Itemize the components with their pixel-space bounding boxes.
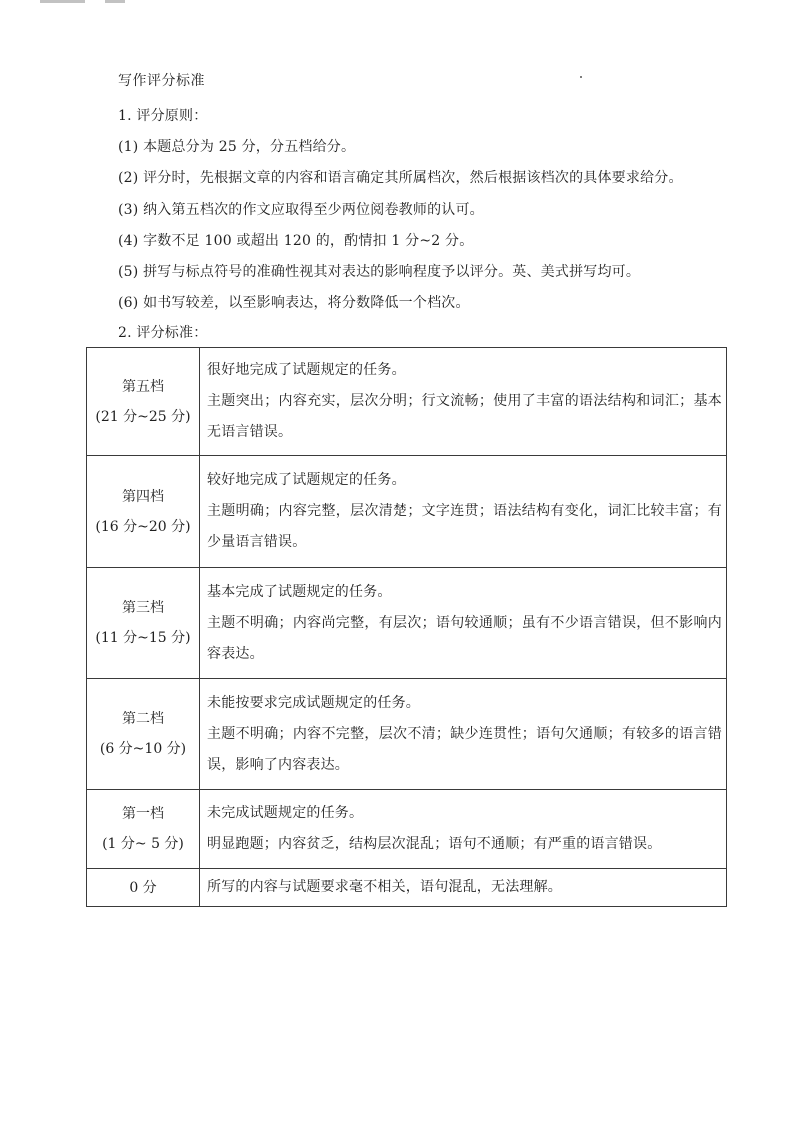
description-summary: 未完成试题规定的任务。 xyxy=(207,798,722,829)
band-label: 第一档 xyxy=(87,799,199,829)
principle-item-5: (5) 拼写与标点符号的准确性视其对表达的影响程度予以评分。英、美式拼写均可。 xyxy=(118,261,640,281)
band-label: 第四档 xyxy=(87,482,199,512)
band-cell: 第三档 (11 分~15 分) xyxy=(87,568,200,679)
band-cell: 第一档 (1 分~ 5 分) xyxy=(87,790,200,869)
table-row: 第五档 (21 分~25 分) 很好地完成了试题规定的任务。 主题突出；内容充实… xyxy=(87,348,727,456)
band-range: (6 分~10 分) xyxy=(87,734,199,764)
description-detail: 主题不明确；内容不完整，层次不清；缺少连贯性；语句欠通顺；有较多的语言错误，影响… xyxy=(207,719,722,781)
description-detail: 明显跑题；内容贫乏，结构层次混乱；语句不通顺；有严重的语言错误。 xyxy=(207,829,722,860)
band-label: 0 分 xyxy=(87,873,199,903)
band-cell: 第五档 (21 分~25 分) xyxy=(87,348,200,456)
table-row: 第四档 (16 分~20 分) 较好地完成了试题规定的任务。 主题明确；内容完整… xyxy=(87,456,727,568)
section1-heading: 1. 评分原则： xyxy=(118,105,207,125)
description-detail: 主题不明确；内容尚完整，有层次；语句较通顺；虽有不少语言错误，但不影响内容表达。 xyxy=(207,608,722,670)
table-row: 第三档 (11 分~15 分) 基本完成了试题规定的任务。 主题不明确；内容尚完… xyxy=(87,568,727,679)
band-cell: 0 分 xyxy=(87,869,200,907)
band-label: 第二档 xyxy=(87,704,199,734)
band-range: (16 分~20 分) xyxy=(87,512,199,542)
description-cell: 所写的内容与试题要求毫不相关，语句混乱，无法理解。 xyxy=(200,869,727,907)
description-summary: 所写的内容与试题要求毫不相关，语句混乱，无法理解。 xyxy=(207,872,722,903)
principle-item-3: (3) 纳入第五档次的作文应取得至少两位阅卷教师的认可。 xyxy=(118,199,484,219)
section2-heading: 2. 评分标准： xyxy=(118,322,207,342)
description-cell: 基本完成了试题规定的任务。 主题不明确；内容尚完整，有层次；语句较通顺；虽有不少… xyxy=(200,568,727,679)
table-row: 第一档 (1 分~ 5 分) 未完成试题规定的任务。 明显跑题；内容贫乏，结构层… xyxy=(87,790,727,869)
document-title: 写作评分标准 xyxy=(118,70,205,90)
description-summary: 很好地完成了试题规定的任务。 xyxy=(207,355,722,386)
table-row: 第二档 (6 分~10 分) 未能按要求完成试题规定的任务。 主题不明确；内容不… xyxy=(87,679,727,790)
band-cell: 第二档 (6 分~10 分) xyxy=(87,679,200,790)
description-cell: 很好地完成了试题规定的任务。 主题突出；内容充实，层次分明；行文流畅；使用了丰富… xyxy=(200,348,727,456)
description-cell: 较好地完成了试题规定的任务。 主题明确；内容完整，层次清楚；文字连贯；语法结构有… xyxy=(200,456,727,568)
description-detail: 主题突出；内容充实，层次分明；行文流畅；使用了丰富的语法结构和词汇；基本无语言错… xyxy=(207,386,722,448)
description-cell: 未完成试题规定的任务。 明显跑题；内容贫乏，结构层次混乱；语句不通顺；有严重的语… xyxy=(200,790,727,869)
scan-speck xyxy=(580,76,582,78)
scan-artifact xyxy=(105,0,125,3)
description-summary: 较好地完成了试题规定的任务。 xyxy=(207,465,722,496)
description-summary: 未能按要求完成试题规定的任务。 xyxy=(207,688,722,719)
band-range: (11 分~15 分) xyxy=(87,623,199,653)
band-range: (21 分~25 分) xyxy=(87,402,199,432)
principle-item-4: (4) 字数不足 100 或超出 120 的，酌情扣 1 分~2 分。 xyxy=(118,230,473,250)
description-summary: 基本完成了试题规定的任务。 xyxy=(207,577,722,608)
band-label: 第五档 xyxy=(87,372,199,402)
scan-artifact xyxy=(40,0,85,3)
table-row: 0 分 所写的内容与试题要求毫不相关，语句混乱，无法理解。 xyxy=(87,869,727,907)
principle-item-1: (1) 本题总分为 25 分，分五档给分。 xyxy=(118,136,355,156)
principle-item-6: (6) 如书写较差，以至影响表达，将分数降低一个档次。 xyxy=(118,292,470,312)
principle-item-2: (2) 评分时，先根据文章的内容和语言确定其所属档次，然后根据该档次的具体要求给… xyxy=(118,167,683,187)
band-label: 第三档 xyxy=(87,593,199,623)
band-range: (1 分~ 5 分) xyxy=(87,829,199,859)
description-detail: 主题明确；内容完整，层次清楚；文字连贯；语法结构有变化，词汇比较丰富；有少量语言… xyxy=(207,496,722,558)
scoring-rubric-table: 第五档 (21 分~25 分) 很好地完成了试题规定的任务。 主题突出；内容充实… xyxy=(86,347,727,907)
description-cell: 未能按要求完成试题规定的任务。 主题不明确；内容不完整，层次不清；缺少连贯性；语… xyxy=(200,679,727,790)
band-cell: 第四档 (16 分~20 分) xyxy=(87,456,200,568)
scanned-page: 写作评分标准 1. 评分原则： (1) 本题总分为 25 分，分五档给分。 (2… xyxy=(0,0,800,1145)
